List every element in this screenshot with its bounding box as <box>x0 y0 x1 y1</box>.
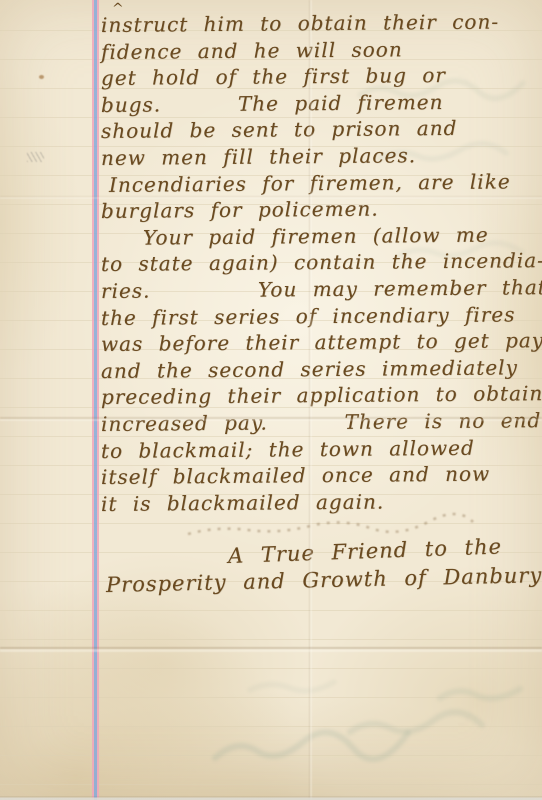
paper-bottom-edge <box>0 796 542 800</box>
handwritten-line: Incendiaries for firemen, are like <box>101 168 511 198</box>
handwritten-line: preceding their application to obtain <box>101 381 542 411</box>
handwritten-line: bugs. The paid firemen <box>101 89 444 118</box>
handwritten-line: new men fill their places. <box>101 142 416 171</box>
handwritten-line: increased pay. There is no end <box>101 407 541 437</box>
insertion-caret-mark: ^ <box>112 1 124 17</box>
handwritten-line: instruct him to obtain their con- <box>101 9 499 38</box>
handwritten-line: Your paid firemen (allow me <box>101 221 489 250</box>
handwritten-line: to state again) contain the incendia- <box>101 248 542 278</box>
handwritten-line: get hold of the first bug or <box>101 62 446 91</box>
pencil-smudge-mark <box>27 152 44 162</box>
handwritten-line: should be sent to prison and <box>101 115 458 144</box>
handwritten-line: itself blackmailed once and now <box>101 461 490 490</box>
handwritten-line: was before their attempt to get pay, <box>101 327 542 357</box>
letter-body: instruct him to obtain their con-fidence… <box>101 0 538 800</box>
ink-spot-stain <box>39 75 44 79</box>
handwritten-line: ries. You may remember that <box>101 274 542 304</box>
handwritten-line: the first series of incendiary fires <box>101 301 516 331</box>
handwritten-line: to blackmail; the town allowed <box>101 434 475 463</box>
handwritten-line: it is blackmailed again. <box>101 488 384 516</box>
margin-line <box>92 0 99 800</box>
scanned-letter-page: instruct him to obtain their con-fidence… <box>0 0 542 800</box>
handwritten-line: fidence and he will soon <box>101 36 403 65</box>
handwritten-line: and the second series immediately <box>101 354 518 384</box>
handwritten-line: burglars for policemen. <box>101 196 379 224</box>
